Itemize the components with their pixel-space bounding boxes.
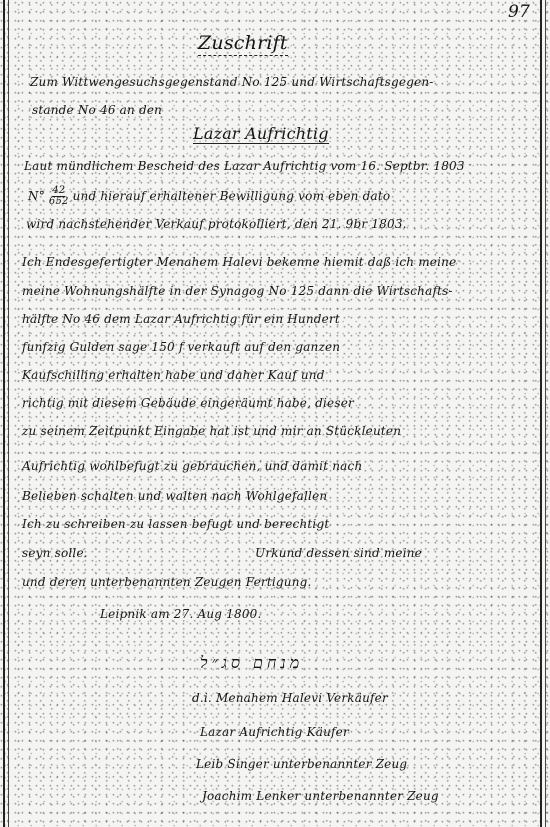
body-line: hälfte No 46 dem Lazar Aufrichtig für ei… <box>22 313 340 325</box>
seller-signature: d.i. Menahem Halevi Verkäufer <box>192 692 388 704</box>
right-margin-rule-outer <box>545 0 546 827</box>
addressee-name: Lazar Aufrichtig <box>193 126 329 142</box>
body-line: Kaufschilling erhalten habe und daher Ka… <box>22 369 325 381</box>
body-line: Belieben schalten und walten nach Wohlge… <box>22 490 327 502</box>
date-line: Leipnik am 27. Aug 1800. <box>100 608 262 620</box>
body-line: Ich Endesgefertigter Menahem Halevi beke… <box>22 256 456 268</box>
page-number: 97 <box>508 4 530 21</box>
witness-2-signature: Joachim Lenker unterbenannter Zeug <box>202 790 439 802</box>
intro-line-2: N° 42 652 und hierauf erhaltener Bewilli… <box>28 186 390 207</box>
buyer-signature: Lazar Aufrichtig Käufer <box>200 726 349 738</box>
registry-fraction: 42 652 <box>49 186 69 207</box>
body-line: meine Wohnungshälfte in der Synagog No 1… <box>22 285 453 297</box>
body-line: zu seinem Zeitpunkt Eingabe hat ist und … <box>22 425 401 437</box>
right-margin-rule <box>540 0 542 827</box>
hebrew-signature: מנחם סג״ל <box>200 655 303 671</box>
header-line-1: Zum Wittwengesuchsgegenstand No 125 und … <box>30 76 434 88</box>
body-line: seyn solle. <box>22 547 88 559</box>
page-title: Zuschrift <box>198 34 288 53</box>
intro-line-3: wird nachstehender Verkauf protokolliert… <box>26 218 407 230</box>
body-line: Aufrichtig wohlbefugt zu gebrauchen, und… <box>22 460 362 472</box>
body-line: Urkund dessen sind meine <box>255 547 422 559</box>
body-line: funfzig Gulden sage 150 f verkauft auf d… <box>22 341 340 353</box>
header-line-2: stande No 46 an den <box>32 104 162 116</box>
left-margin-rule <box>3 0 5 827</box>
left-margin-rule-inner <box>8 0 9 827</box>
body-line: Ich zu schreiben zu lassen befugt und be… <box>22 518 329 530</box>
intro-line-1: Laut mündlichem Bescheid des Lazar Aufri… <box>24 160 465 172</box>
body-line: und deren unterbenannten Zeugen Fertigun… <box>22 576 312 588</box>
witness-1-signature: Leib Singer unterbenannter Zeug <box>196 758 407 770</box>
body-line: richtig mit diesem Gebäude eingeräumt ha… <box>22 397 354 409</box>
